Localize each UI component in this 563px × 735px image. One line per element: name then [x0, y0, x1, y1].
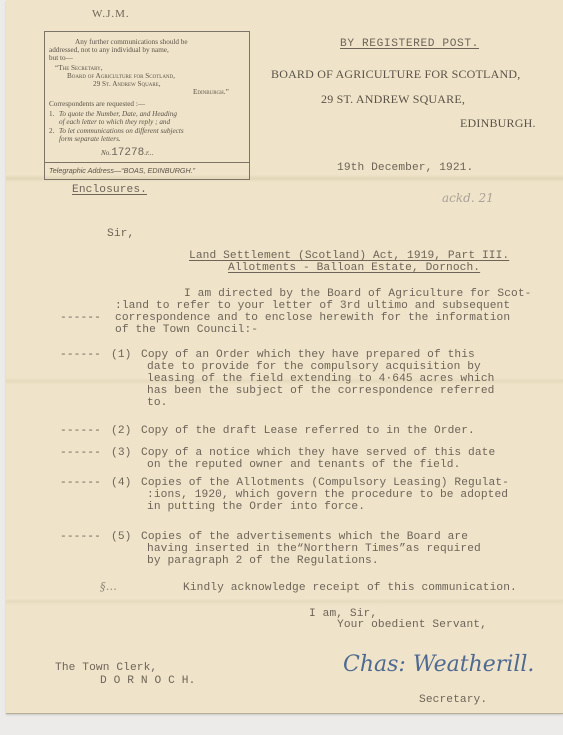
letterhead-street: 29 ST. ANDREW SQUARE,: [321, 92, 465, 107]
enclosure-line: leasing of the field extending to 4·645 …: [147, 373, 495, 385]
enclosure-line: Copy of a notice which they have served …: [141, 447, 495, 459]
enclosures-label: Enclosures.: [72, 184, 147, 196]
enclosure-line: on the reputed owner and tenants of the …: [147, 459, 460, 471]
notice-request-1-a: To quote the Number, Date, and Heading: [59, 110, 177, 118]
enclosure-number: (1): [111, 349, 131, 361]
signatory-title: Secretary.: [419, 694, 487, 706]
acknowledge-request: Kindly acknowledge receipt of this commu…: [183, 582, 517, 594]
intro-line-3: correspondence and to enclose herewith f…: [115, 312, 510, 324]
enclosure-line: :ions, 1920, which govern the procedure …: [147, 489, 508, 501]
enclosure-number: (2): [111, 425, 131, 437]
notice-request-1-b: of each letter to which they reply ; and: [59, 118, 170, 126]
notice-request-1-num: 1.: [49, 110, 54, 118]
enclosure-number: (4): [111, 477, 131, 489]
enclosure-number: (3): [111, 447, 131, 459]
pencil-annotation: ackd. 21: [442, 191, 494, 205]
closing-line-2: Your obedient Servant,: [337, 619, 487, 631]
correspondence-notice-box: Any further communications should be add…: [44, 31, 250, 180]
notice-address-4: Edinburgh.”: [193, 88, 229, 96]
notice-address-1: “The Secretary,: [55, 64, 103, 72]
notice-intro-3: but to—: [49, 54, 73, 62]
enclosure-number: (5): [111, 531, 131, 543]
notice-request-2-a: To let communications on different subje…: [59, 127, 184, 135]
enclosure-dash: ------: [60, 447, 101, 459]
enclosure-dash: ------: [60, 531, 101, 543]
notice-request-2-num: 2.: [49, 127, 54, 135]
margin-initial-mark: §…: [100, 580, 117, 593]
enclosure-line: Copy of an Order which they have prepare…: [141, 349, 475, 361]
addressee-line-2: D O R N O C H.: [100, 675, 195, 687]
letterhead-org: BOARD OF AGRICULTURE FOR SCOTLAND,: [271, 67, 520, 82]
enclosure-line: having inserted in the“Northern Times”as…: [147, 543, 481, 555]
subject-line-1: Land Settlement (Scotland) Act, 1919, Pa…: [189, 250, 509, 262]
enclosure-line: in putting the Order into force.: [147, 501, 365, 513]
reference-number-suffix: .r...: [144, 149, 153, 157]
enclosure-line: Copy of the draft Lease referred to in t…: [141, 425, 475, 437]
enclosure-dash: ------: [60, 425, 101, 437]
letterhead-city: EDINBURGH.: [460, 116, 536, 131]
intro-line-2: :land to refer to your letter of 3rd ult…: [115, 300, 510, 312]
salutation: Sir,: [107, 228, 134, 240]
enclosure-dash: ------: [60, 477, 101, 489]
letter-date: 19th December, 1921.: [337, 162, 473, 174]
enclosure-line: by paragraph 2 of the Regulations.: [147, 555, 379, 567]
notice-intro-2: addressed, not to any individual by name…: [49, 46, 169, 54]
notice-request-2-b: form separate letters.: [59, 135, 121, 143]
enclosure-line: has been the subject of the corresponden…: [147, 385, 495, 397]
intro-line-1: I am directed by the Board of Agricultur…: [184, 288, 532, 300]
reference-number-line: No.17278.r...: [101, 149, 153, 157]
notice-intro-1: Any further communications should be: [75, 38, 188, 46]
enclosure-line: to.: [147, 397, 167, 409]
enclosure-dash: ------: [60, 349, 101, 361]
telegraphic-address: Telegraphic Address—“BOAS, EDINBURGH.”: [45, 162, 249, 179]
enclosure-line: date to provide for the compulsory acqui…: [147, 361, 481, 373]
subject-line-2: Allotments - Balloan Estate, Dornoch.: [228, 262, 480, 274]
reference-number-value: 17278: [111, 147, 144, 159]
notice-address-3: 29 St. Andrew Square,: [93, 80, 161, 88]
intro-dash: ------: [60, 312, 101, 324]
notice-requested-label: Correspondents are requested :—: [49, 100, 145, 108]
enclosure-line: Copies of the Allotments (Compulsory Lea…: [141, 477, 509, 489]
reference-initials: W.J.M.: [92, 8, 130, 20]
reference-number-label: No.: [101, 149, 111, 157]
notice-address-2: Board of Agriculture for Scotland,: [67, 72, 175, 80]
intro-line-4: of the Town Council:-: [115, 324, 258, 336]
addressee-line-1: The Town Clerk,: [55, 662, 157, 674]
signature: Chas: Weatherill.: [343, 652, 534, 677]
enclosure-line: Copies of the advertisements which the B…: [141, 531, 468, 543]
registered-post-label: BY REGISTERED POST.: [340, 38, 479, 50]
